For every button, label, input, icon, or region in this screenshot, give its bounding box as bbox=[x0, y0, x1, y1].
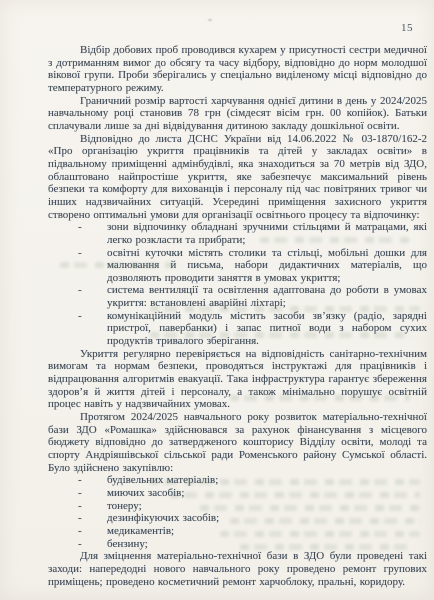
dash-marker: - bbox=[78, 221, 82, 234]
list-item-text: система вентиляції та освітлення адаптов… bbox=[107, 284, 427, 309]
scan-speck-artifact bbox=[208, 19, 212, 21]
shelter-features-list: - зони відпочинку обладнані зручними сті… bbox=[48, 221, 427, 348]
dash-marker: - bbox=[78, 487, 82, 500]
list-item: - система вентиляції та освітлення адапт… bbox=[48, 284, 427, 309]
dash-marker: - bbox=[78, 525, 82, 538]
dash-marker: - bbox=[78, 512, 82, 525]
paragraph-shelter-intro: Відповідно до листа ДСНС України від 14.… bbox=[48, 133, 427, 222]
list-item: - медикаментів; bbox=[48, 525, 427, 538]
dash-marker: - bbox=[78, 500, 82, 513]
list-item: - освітні куточки містять столики та сті… bbox=[48, 247, 427, 285]
list-item: - дезинфікуючих засобів; bbox=[48, 512, 427, 525]
list-item: - тонеру; bbox=[48, 500, 427, 513]
list-item: - миючих засобів; bbox=[48, 487, 427, 500]
list-item-text: дезинфікуючих засобів; bbox=[107, 512, 219, 524]
list-item-text: миючих засобів; bbox=[107, 487, 184, 499]
list-item-text: бензину; bbox=[107, 538, 148, 550]
dash-marker: - bbox=[78, 474, 82, 487]
list-item: - бензину; bbox=[48, 538, 427, 551]
paragraph-funding: Протягом 2024/2025 навчального року розв… bbox=[48, 411, 427, 474]
paragraph-meal-cost: Граничний розмір вартості харчування одн… bbox=[48, 95, 427, 133]
page-number: 15 bbox=[401, 22, 413, 34]
list-item-text: комунікаційний модуль містить засоби зв’… bbox=[107, 310, 427, 347]
list-item: - будівельних матеріалів; bbox=[48, 474, 427, 487]
list-item-text: освітні куточки містять столики та стіль… bbox=[107, 247, 427, 284]
purchases-list: - будівельних матеріалів; - миючих засоб… bbox=[48, 474, 427, 550]
list-item: - комунікаційний модуль містить засоби з… bbox=[48, 310, 427, 348]
paragraph-repairs: Для зміцнення матеріально-технічної бази… bbox=[48, 550, 427, 588]
document-text: Відбір добових проб проводився кухарем у… bbox=[48, 44, 427, 588]
list-item-text: зони відпочинку обладнані зручними стіль… bbox=[107, 221, 427, 246]
dash-marker: - bbox=[78, 538, 82, 551]
list-item: - зони відпочинку обладнані зручними сті… bbox=[48, 221, 427, 246]
paragraph-shelter-inspection: Укриття регулярно перевіряється на відпо… bbox=[48, 348, 427, 411]
paragraph-food-sampling: Відбір добових проб проводився кухарем у… bbox=[48, 44, 427, 95]
list-item-text: тонеру; bbox=[107, 500, 142, 512]
dash-marker: - bbox=[78, 310, 82, 323]
scanned-document-page: 15 Відбір добових проб проводився кухаре… bbox=[0, 0, 434, 600]
list-item-text: будівельних матеріалів; bbox=[107, 474, 218, 486]
list-item-text: медикаментів; bbox=[107, 525, 174, 537]
dash-marker: - bbox=[78, 247, 82, 260]
dash-marker: - bbox=[78, 284, 82, 297]
